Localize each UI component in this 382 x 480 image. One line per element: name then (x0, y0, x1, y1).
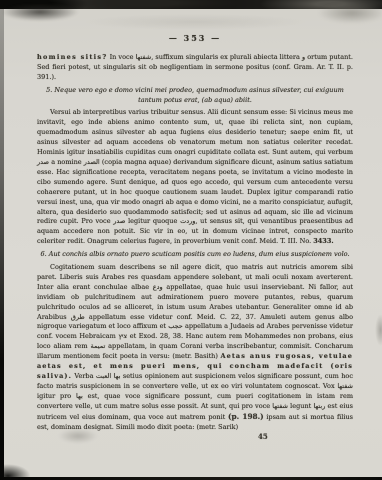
section-5-reference-number: 3433. (313, 237, 333, 245)
signature-number: 45 (258, 432, 268, 441)
scan-corner-bottom-left (0, 454, 46, 480)
page-reference-bold: (p. 198.) (228, 412, 264, 421)
section-6-heading: 6. Aut conchis albis ornato puero scutic… (37, 250, 353, 260)
scan-edge-left (0, 0, 4, 480)
section-5-heading: 5. Neque vero ego e domo vicini mei prod… (37, 86, 353, 106)
scanned-book-page: — 353 — homines sitis? In voce شفتها, su… (0, 0, 382, 480)
section-6-body: Cogitationem suam describens se nil ager… (37, 263, 353, 432)
section-6-body-text-a: Cogitationem suam describens se nil ager… (37, 263, 353, 360)
text-column: — 353 — homines sitis? In voce شفتها, su… (37, 34, 353, 434)
intro-lead-spaced-text: homines sitis? (37, 53, 107, 61)
scan-blotch-top-right (292, 5, 382, 35)
intro-paragraph: homines sitis? In voce شفتها, suffixum s… (37, 53, 353, 83)
section-5-body: Versui ab interpretibus varius tribuitur… (37, 108, 353, 247)
section-5-body-text: Versui ab interpretibus varius tribuitur… (37, 108, 353, 245)
scan-blotch-top-left (0, 4, 110, 30)
scan-stain-right-edge (368, 310, 382, 350)
page-number-header: — 353 — (37, 34, 353, 44)
